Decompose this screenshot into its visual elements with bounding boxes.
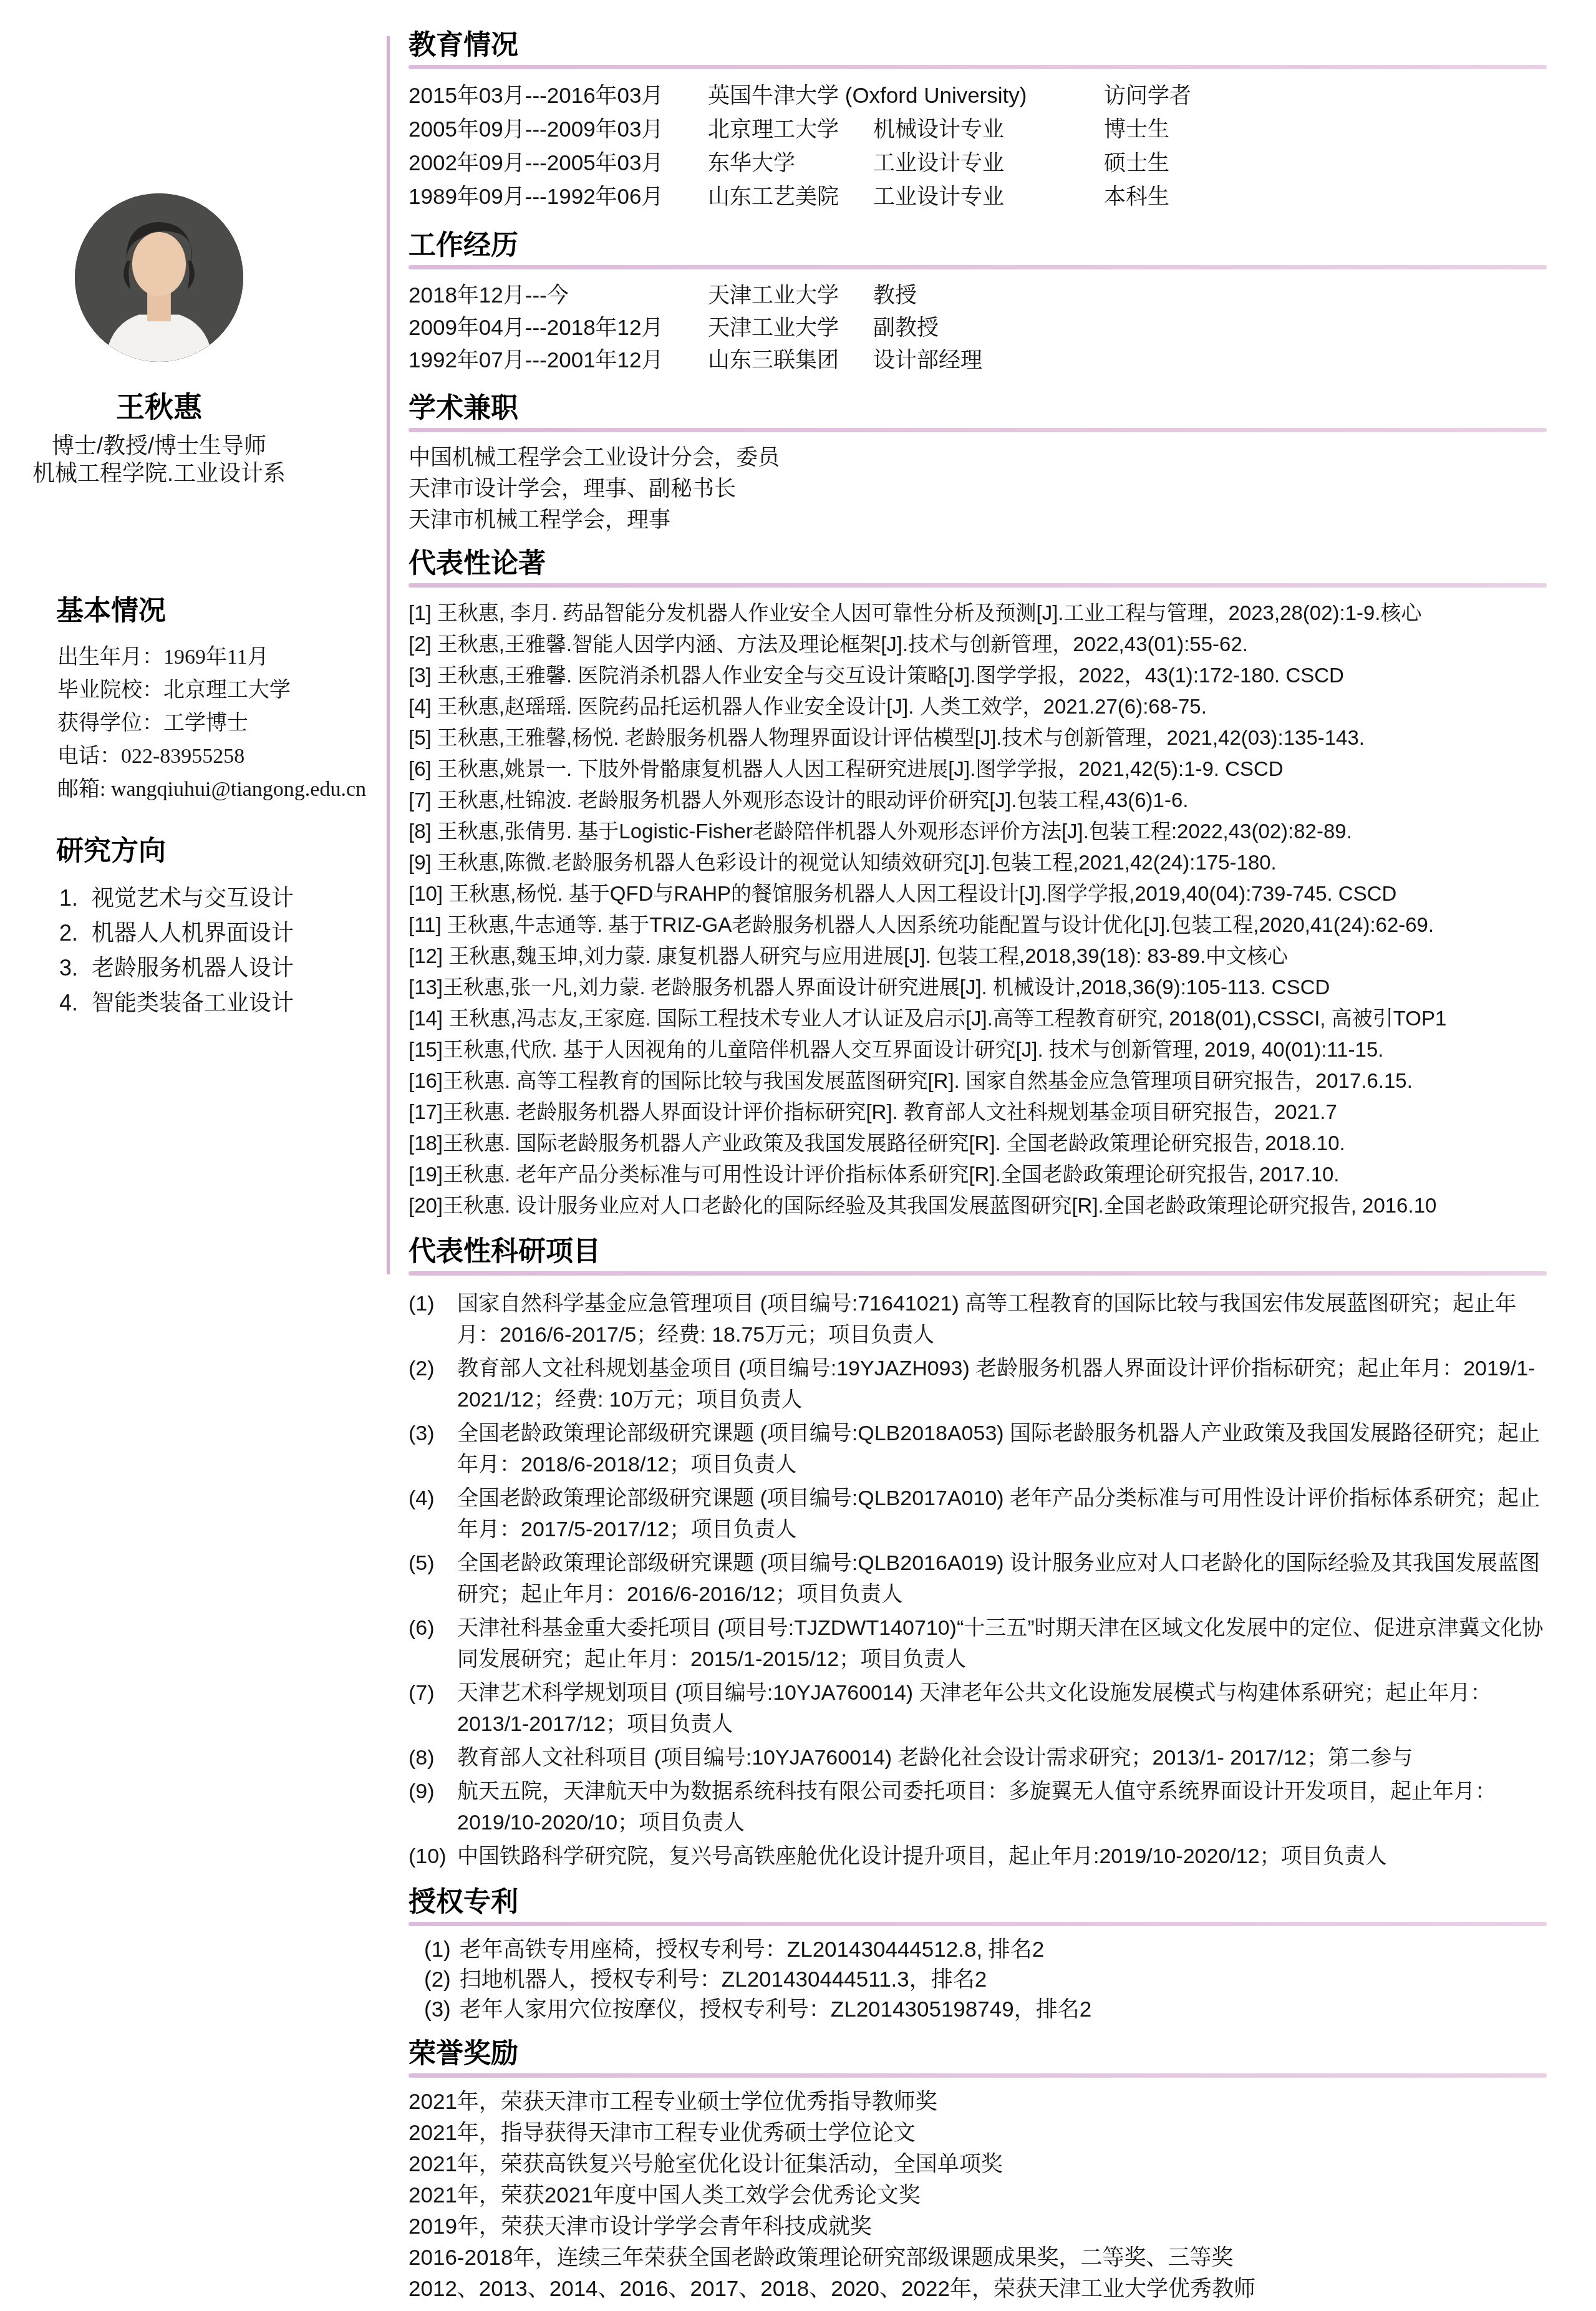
person-title-degree: 博士/教授/博士生导师 xyxy=(0,432,318,460)
patent-item: (3)老年人家用穴位按摩仪，授权专利号：ZL2014305198749，排名2 xyxy=(424,1995,1553,2025)
honor-item: 2019年，荣获天津市设计学学会青年科技成就奖 xyxy=(409,2211,1553,2242)
patent-item: (2)扫地机器人，授权专利号：ZL201430444511.3，排名2 xyxy=(424,1965,1553,1995)
patent-item: (1)老年高铁专用座椅，授权专利号：ZL201430444512.8, 排名2 xyxy=(424,1935,1553,1965)
honors-heading: 荣誉奖励 xyxy=(409,2038,1553,2070)
academic-heading: 学术兼职 xyxy=(409,393,1553,424)
project-item-number: (4) xyxy=(409,1483,435,1514)
publication-item: [16]王秋惠. 高等工程教育的国际比较与我国发展蓝图研究[R]. 国家自然基金… xyxy=(409,1065,1553,1097)
basic-info-line: 毕业院校：北京理工大学 xyxy=(57,674,388,707)
info-value: 北京理工大学 xyxy=(163,679,291,702)
patent-item-text: 扫地机器人，授权专利号：ZL201430444511.3，排名2 xyxy=(460,1967,987,1992)
project-item-text: 教育部人文社科规划基金项目 (项目编号:19YJAZH093) 老龄服务机器人界… xyxy=(457,1357,1536,1412)
publication-item: [17]王秋惠. 老龄服务机器人界面设计评价指标研究[R]. 教育部人文社科规划… xyxy=(409,1097,1553,1128)
info-value: 1969年11月 xyxy=(163,646,269,669)
publication-item: [8] 王秋惠,张倩男. 基于Logistic-Fisher老龄陪伴机器人外观形… xyxy=(409,816,1553,847)
education-heading: 教育情况 xyxy=(409,30,1553,61)
education-period: 2002年09月---2005年03月 xyxy=(409,147,708,180)
project-item: (9)航天五院，天津航天中为数据系统科技有限公司委托项目：多旋翼无人值守系统界面… xyxy=(409,1776,1553,1838)
academic-item: 天津市设计学会，理事、副秘书长 xyxy=(409,473,1553,505)
project-item-number: (8) xyxy=(409,1742,435,1773)
research-heading: 研究方向 xyxy=(56,836,388,867)
patents-underline xyxy=(409,1922,1547,1926)
basic-info-line: 电话：022-83955258 xyxy=(57,740,388,773)
publication-item: [1] 王秋惠, 李月. 药品智能分发机器人作业安全人因可靠性分析及预测[J].… xyxy=(409,598,1553,629)
basic-info-line: 获得学位：工学博士 xyxy=(57,707,388,740)
patent-item-number: (2) xyxy=(424,1965,451,1995)
info-label: 获得学位： xyxy=(57,712,163,735)
portrait-silhouette xyxy=(75,193,243,362)
project-item-number: (1) xyxy=(409,1288,435,1319)
resume-page: 王秋惠 博士/教授/博士生导师 机械工程学院.工业设计系 基本情况 出生年月：1… xyxy=(0,0,1596,2311)
research-item-number: 2. xyxy=(59,916,92,951)
education-rows: 2015年03月---2016年03月 英国牛津大学 (Oxford Unive… xyxy=(409,79,1553,214)
patents-heading: 授权专利 xyxy=(409,1887,1553,1918)
projects-list: (1)国家自然科学基金应急管理项目 (项目编号:71641021) 高等工程教育… xyxy=(409,1288,1553,1872)
work-row: 2009年04月---2018年12月 天津工业大学 副教授 xyxy=(409,312,1553,344)
person-title-department: 机械工程学院.工业设计系 xyxy=(0,460,318,487)
publication-item: [7] 王秋惠,杜锦波. 老龄服务机器人外观形态设计的眼动评价研究[J].包装工… xyxy=(409,785,1553,816)
honor-item: 2021年，指导获得天津市工程专业优秀硕士学位论文 xyxy=(409,2118,1553,2149)
info-label: 邮箱: xyxy=(57,778,111,801)
research-item-text: 机器人人机界面设计 xyxy=(92,920,294,946)
projects-underline xyxy=(409,1271,1547,1276)
work-row: 1992年07月---2001年12月 山东三联集团 设计部经理 xyxy=(409,344,1553,377)
project-item: (8)教育部人文社科项目 (项目编号:10YJA760014) 老龄化社会设计需… xyxy=(409,1742,1553,1773)
project-item-text: 全国老龄政策理论部级研究课题 (项目编号:QLB2017A010) 老年产品分类… xyxy=(457,1486,1540,1541)
honors-underline xyxy=(409,2073,1547,2078)
education-major xyxy=(873,79,1104,113)
publication-item: [13]王秋惠,张一凡,刘力蒙. 老龄服务机器人界面设计研究进展[J]. 机械设… xyxy=(409,972,1553,1003)
publication-item: [20]王秋惠. 设计服务业应对人口老龄化的国际经验及其我国发展蓝图研究[R].… xyxy=(409,1190,1553,1221)
honor-item: 2021年，荣获2021年度中国人类工效学会优秀论文奖 xyxy=(409,2180,1553,2211)
work-role: 设计部经理 xyxy=(873,344,1553,377)
academic-underline xyxy=(409,428,1547,432)
work-heading: 工作经历 xyxy=(409,230,1553,261)
publication-item: [10] 王秋惠,杨悦. 基于QFD与RAHP的餐馆服务机器人人因工程设计[J]… xyxy=(409,878,1553,909)
honor-item: 2021年，荣获高铁复兴号舱室优化设计征集活动，全国单项奖 xyxy=(409,2149,1553,2180)
basic-info-line: 邮箱: wangqiuhui@tiangong.edu.cn xyxy=(57,773,388,806)
patents-list: (1)老年高铁专用座椅，授权专利号：ZL201430444512.8, 排名2 … xyxy=(424,1935,1553,2025)
work-organization: 天津工业大学 xyxy=(708,312,873,344)
academic-list: 中国机械工程学会工业设计分会，委员 天津市设计学会，理事、副秘书长 天津市机械工… xyxy=(409,442,1553,536)
publication-item: [14] 王秋惠,冯志友,王家庭. 国际工程技术专业人才认证及启示[J].高等工… xyxy=(409,1003,1553,1034)
education-role: 博士生 xyxy=(1104,113,1553,147)
publication-item: [2] 王秋惠,王雅馨.智能人因学内涵、方法及理论框架[J].技术与创新管理，2… xyxy=(409,629,1553,660)
academic-item: 天津市机械工程学会，理事 xyxy=(409,505,1553,536)
project-item: (6)天津社科基金重大委托项目 (项目号:TJZDWT140710)“十三五”时… xyxy=(409,1612,1553,1675)
project-item: (2)教育部人文社科规划基金项目 (项目编号:19YJAZH093) 老龄服务机… xyxy=(409,1353,1553,1415)
honor-item: 2012、2013、2014、2016、2017、2018、2020、2022年… xyxy=(409,2274,1553,2305)
education-major: 工业设计专业 xyxy=(873,147,1104,180)
research-item: 3.老龄服务机器人设计 xyxy=(59,951,388,986)
project-item-number: (3) xyxy=(409,1418,435,1449)
work-rows: 2018年12月---今 天津工业大学 教授 2009年04月---2018年1… xyxy=(409,279,1553,377)
education-period: 2015年03月---2016年03月 xyxy=(409,79,708,113)
research-item-text: 智能类装备工业设计 xyxy=(92,990,294,1015)
education-school: 英国牛津大学 (Oxford University) xyxy=(708,79,873,113)
project-item-text: 全国老龄政策理论部级研究课题 (项目编号:QLB2016A019) 设计服务业应… xyxy=(457,1551,1540,1606)
education-school: 东华大学 xyxy=(708,147,873,180)
profile-photo-wrap xyxy=(0,193,318,362)
education-school: 北京理工大学 xyxy=(708,113,873,147)
project-item-text: 全国老龄政策理论部级研究课题 (项目编号:QLB2018A053) 国际老龄服务… xyxy=(457,1422,1540,1476)
project-item: (7)天津艺术科学规划项目 (项目编号:10YJA760014) 天津老年公共文… xyxy=(409,1677,1553,1740)
project-item-number: (2) xyxy=(409,1353,435,1384)
patent-item-text: 老年高铁专用座椅，授权专利号：ZL201430444512.8, 排名2 xyxy=(460,1937,1045,1962)
education-role: 硕士生 xyxy=(1104,147,1553,180)
publication-item: [18]王秋惠. 国际老龄服务机器人产业政策及我国发展路径研究[R]. 全国老龄… xyxy=(409,1128,1553,1159)
publications-list: [1] 王秋惠, 李月. 药品智能分发机器人作业安全人因可靠性分析及预测[J].… xyxy=(409,598,1553,1221)
publication-item: [5] 王秋惠,王雅馨,杨悦. 老龄服务机器人物理界面设计评估模型[J].技术与… xyxy=(409,722,1553,753)
publication-item: [9] 王秋惠,陈微.老龄服务机器人色彩设计的视觉认知绩效研究[J].包装工程,… xyxy=(409,847,1553,878)
research-item-number: 3. xyxy=(59,951,92,986)
project-item-text: 国家自然科学基金应急管理项目 (项目编号:71641021) 高等工程教育的国际… xyxy=(457,1292,1516,1347)
project-item-text: 教育部人文社科项目 (项目编号:10YJA760014) 老龄化社会设计需求研究… xyxy=(457,1746,1413,1770)
project-item-text: 航天五院，天津航天中为数据系统科技有限公司委托项目：多旋翼无人值守系统界面设计开… xyxy=(457,1780,1496,1834)
project-item-number: (10) xyxy=(409,1841,446,1872)
project-item-number: (6) xyxy=(409,1612,435,1644)
publication-item: [6] 王秋惠,姚景一. 下肢外骨骼康复机器人人因工程研究进展[J].图学学报，… xyxy=(409,753,1553,785)
publication-item: [3] 王秋惠,王雅馨. 医院消杀机器人作业安全与交互设计策略[J].图学学报，… xyxy=(409,660,1553,691)
sidebar: 王秋惠 博士/教授/博士生导师 机械工程学院.工业设计系 基本情况 出生年月：1… xyxy=(0,0,388,2311)
academic-item: 中国机械工程学会工业设计分会，委员 xyxy=(409,442,1553,473)
patent-item-text: 老年人家用穴位按摩仪，授权专利号：ZL2014305198749，排名2 xyxy=(460,1997,1091,2022)
work-organization: 天津工业大学 xyxy=(708,279,873,312)
education-row: 1989年09月---1992年06月 山东工艺美院 工业设计专业 本科生 xyxy=(409,180,1553,214)
honors-list: 2021年，荣获天津市工程专业硕士学位优秀指导教师奖 2021年，指导获得天津市… xyxy=(409,2086,1553,2305)
project-item-text: 天津社科基金重大委托项目 (项目号:TJZDWT140710)“十三五”时期天津… xyxy=(457,1616,1544,1671)
patent-item-number: (3) xyxy=(424,1995,451,2025)
research-item-text: 老龄服务机器人设计 xyxy=(92,955,294,981)
education-row: 2015年03月---2016年03月 英国牛津大学 (Oxford Unive… xyxy=(409,79,1553,113)
education-role: 本科生 xyxy=(1104,180,1553,214)
info-label: 毕业院校： xyxy=(57,679,163,702)
honor-item: 2021年，荣获天津市工程专业硕士学位优秀指导教师奖 xyxy=(409,2086,1553,2118)
info-value: wangqiuhui@tiangong.edu.cn xyxy=(111,778,366,801)
basic-info-line: 出生年月：1969年11月 xyxy=(57,641,388,674)
profile-photo xyxy=(75,193,243,362)
basic-info-heading: 基本情况 xyxy=(56,596,388,627)
education-period: 2005年09月---2009年03月 xyxy=(409,113,708,147)
education-underline xyxy=(409,65,1547,69)
info-label: 出生年月： xyxy=(57,646,163,669)
education-role: 访问学者 xyxy=(1104,79,1553,113)
work-period: 2009年04月---2018年12月 xyxy=(409,312,708,344)
research-item: 2.机器人人机界面设计 xyxy=(59,916,388,951)
work-period: 1992年07月---2001年12月 xyxy=(409,344,708,377)
publications-underline xyxy=(409,583,1547,588)
project-item: (10)中国铁路科学研究院，复兴号高铁座舱优化设计提升项目，起止年月:2019/… xyxy=(409,1841,1553,1872)
honor-item: 2016-2018年，连续三年荣获全国老龄政策理论研究部级课题成果奖，二等奖、三… xyxy=(409,2242,1553,2274)
research-item-number: 1. xyxy=(59,881,92,916)
research-item-number: 4. xyxy=(59,986,92,1020)
publication-item: [12] 王秋惠,魏玉坤,刘力蒙. 康复机器人研究与应用进展[J]. 包装工程,… xyxy=(409,941,1553,972)
publication-item: [19]王秋惠. 老年产品分类标准与可用性设计评价指标体系研究[R].全国老龄政… xyxy=(409,1159,1553,1190)
info-value: 022-83955258 xyxy=(121,745,244,768)
work-role: 副教授 xyxy=(873,312,1553,344)
work-organization: 山东三联集团 xyxy=(708,344,873,377)
info-value: 工学博士 xyxy=(163,712,248,735)
project-item: (5)全国老龄政策理论部级研究课题 (项目编号:QLB2016A019) 设计服… xyxy=(409,1548,1553,1610)
info-label: 电话： xyxy=(57,745,121,768)
research-item: 4.智能类装备工业设计 xyxy=(59,986,388,1020)
publication-item: [11] 王秋惠,牛志通等. 基于TRIZ-GA老龄服务机器人人因系统功能配置与… xyxy=(409,909,1553,941)
education-period: 1989年09月---1992年06月 xyxy=(409,180,708,214)
education-major: 工业设计专业 xyxy=(873,180,1104,214)
project-item: (4)全国老龄政策理论部级研究课题 (项目编号:QLB2017A010) 老年产… xyxy=(409,1483,1553,1545)
project-item-number: (5) xyxy=(409,1548,435,1579)
patent-item-number: (1) xyxy=(424,1935,451,1965)
basic-info-list: 出生年月：1969年11月 毕业院校：北京理工大学 获得学位：工学博士 电话：0… xyxy=(57,641,388,806)
publications-heading: 代表性论著 xyxy=(409,548,1553,579)
education-major: 机械设计专业 xyxy=(873,113,1104,147)
work-row: 2018年12月---今 天津工业大学 教授 xyxy=(409,279,1553,312)
publication-item: [4] 王秋惠,赵瑶瑶. 医院药品托运机器人作业安全设计[J]. 人类工效学，2… xyxy=(409,691,1553,722)
work-underline xyxy=(409,265,1547,269)
projects-heading: 代表性科研项目 xyxy=(409,1236,1553,1267)
project-item: (3)全国老龄政策理论部级研究课题 (项目编号:QLB2018A053) 国际老… xyxy=(409,1418,1553,1480)
project-item-text: 中国铁路科学研究院，复兴号高铁座舱优化设计提升项目，起止年月:2019/10-2… xyxy=(457,1844,1387,1868)
work-role: 教授 xyxy=(873,279,1553,312)
project-item-text: 天津艺术科学规划项目 (项目编号:10YJA760014) 天津老年公共文化设施… xyxy=(457,1681,1492,1736)
research-list: 1.视觉艺术与交互设计 2.机器人人机界面设计 3.老龄服务机器人设计 4.智能… xyxy=(59,881,388,1020)
research-item-text: 视觉艺术与交互设计 xyxy=(92,885,294,911)
education-row: 2002年09月---2005年03月 东华大学 工业设计专业 硕士生 xyxy=(409,147,1553,180)
work-period: 2018年12月---今 xyxy=(409,279,708,312)
publication-item: [15]王秋惠,代欣. 基于人因视角的儿童陪伴机器人交互界面设计研究[J]. 技… xyxy=(409,1034,1553,1065)
project-item: (1)国家自然科学基金应急管理项目 (项目编号:71641021) 高等工程教育… xyxy=(409,1288,1553,1350)
main-column: 教育情况 2015年03月---2016年03月 英国牛津大学 (Oxford … xyxy=(409,0,1553,2305)
person-name: 王秋惠 xyxy=(0,390,318,424)
research-item: 1.视觉艺术与交互设计 xyxy=(59,881,388,916)
education-row: 2005年09月---2009年03月 北京理工大学 机械设计专业 博士生 xyxy=(409,113,1553,147)
project-item-number: (9) xyxy=(409,1776,435,1807)
education-school: 山东工艺美院 xyxy=(708,180,873,214)
project-item-number: (7) xyxy=(409,1677,435,1708)
